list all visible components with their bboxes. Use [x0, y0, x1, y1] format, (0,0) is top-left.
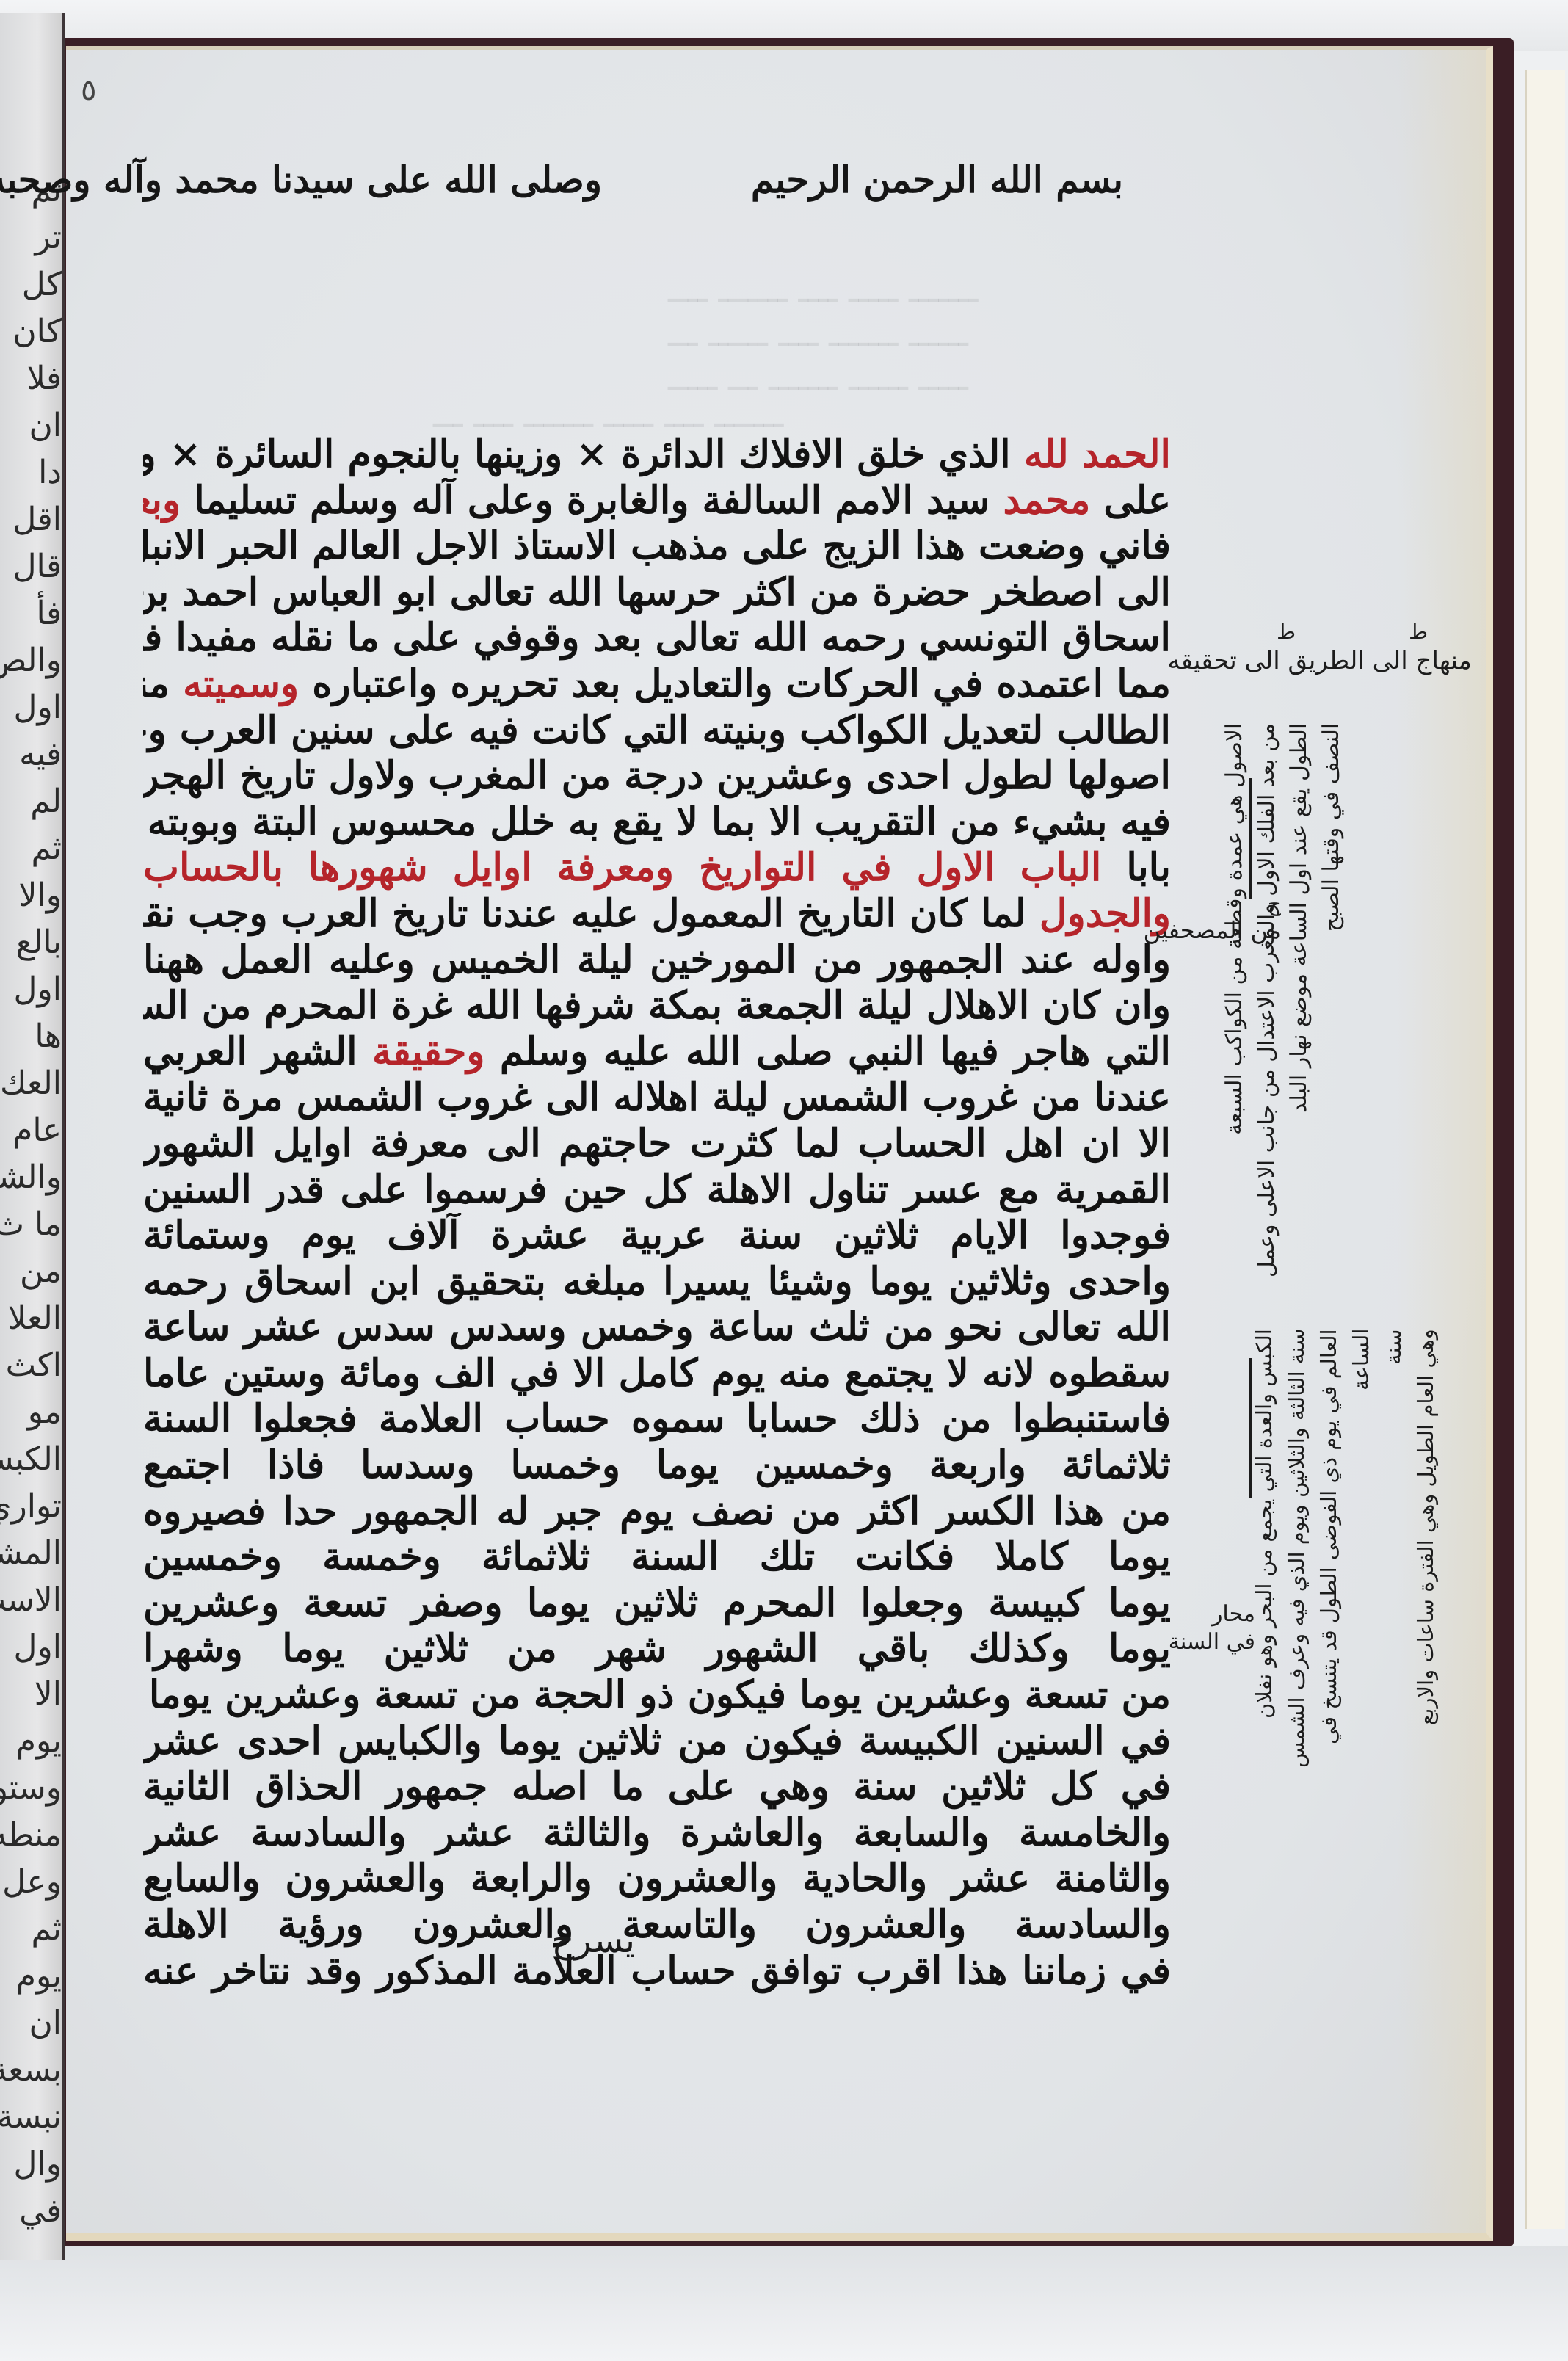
- text-line: القمرية مع عسر تناول الاهلة كل حين فرسمو…: [143, 1167, 1171, 1214]
- facing-page-line: وستو: [0, 1765, 62, 1812]
- line-text: في زماننا هذا اقرب توافق حساب العلامة ال…: [143, 1948, 1171, 1993]
- photo-background-bottom: [0, 2246, 1568, 2361]
- rubric-word: وحقيقة: [372, 1029, 484, 1074]
- line-text: سيد الامم السالفة والغابرة وعلى آله وسلم…: [181, 478, 1003, 523]
- text-line: فيه بشيء من التقريب الا بما لا يقع به خل…: [143, 799, 1171, 846]
- text-line: بابا الباب الاول في التواريخ ومعرفة اواي…: [143, 845, 1171, 891]
- line-text: لما كان التاريخ المعمول عليه عندنا تاريخ…: [143, 891, 1039, 936]
- gloss-text: منهاج الى الطريق الى تحقيقه: [1167, 646, 1472, 675]
- text-line: فاني وضعت هذا الزيج على مذهب الاستاذ الا…: [143, 523, 1171, 570]
- note-line: الاصول هي عمدة وقطعة من الكواكب السبعة: [1219, 723, 1251, 1046]
- endpaper-edge: [1525, 70, 1565, 2229]
- text-line: واوله عند الجمهور من المورخين ليلة الخمي…: [143, 937, 1171, 984]
- basmala: بسم الله الرحمن الرحيم: [778, 158, 1123, 224]
- facing-page-line: كل: [0, 261, 62, 308]
- note-line: الكبس والعدة التي يجمع من البحر وهو نفلا…: [1248, 1329, 1280, 1769]
- facing-page-text: ثمتركلكانفلااندااقلقالفأوالصاولفيهلمثموا…: [0, 167, 62, 2235]
- catchword: يسرح: [554, 1920, 635, 1971]
- line-text: في السنين الكبيسة فيكون من ثلاثين يوما و…: [143, 1719, 1171, 1763]
- line-text: الا ان اهل الحساب لما كثرت حاجتهم الى مع…: [143, 1121, 1171, 1166]
- show-through-text: ـــــــ ــــ ـــــ ـــــــ ــــ ـــ: [433, 395, 783, 435]
- gloss-text: في السنة: [1153, 1628, 1255, 1656]
- show-through-text: ـــــ ــــــ ـــــــ ـــ ـــــ: [668, 358, 968, 398]
- rubric-word: الحمد لله: [1024, 432, 1171, 476]
- line-text: فاستنبطوا من ذلك حسابا سموه حساب العلامة…: [143, 1396, 1171, 1441]
- text-line: التي هاجر فيها النبي صلى الله عليه وسلم …: [143, 1029, 1171, 1076]
- doxology: وصلى الله على سيدنا محمد وآله وصحبه وسلم: [147, 158, 602, 224]
- facing-page-line: اول: [0, 684, 62, 731]
- rubric-word: وبعد: [143, 478, 181, 523]
- facing-page-line: الا: [0, 1671, 62, 1718]
- margin-gloss-sana: محار في السنة: [1153, 1600, 1255, 1656]
- text-line: اصولها لطول احدى وعشرين درجة من المغرب و…: [143, 753, 1171, 799]
- water-stain: [1398, 50, 1486, 2238]
- text-line: في زماننا هذا اقرب توافق حساب العلامة ال…: [143, 1948, 1171, 1995]
- facing-page-line: منطه: [0, 1812, 62, 1859]
- line-text: يوما كاملا فكانت تلك السنة ثلاثمائة وخمس…: [143, 1534, 1171, 1579]
- facing-page-line: المشه: [0, 1530, 62, 1577]
- facing-page-line: ما ث: [0, 1201, 62, 1248]
- note-line: من بعد الفلك الاول والمغرب الاعتدال من ج…: [1251, 723, 1283, 1046]
- facing-page-line: فلا: [0, 355, 62, 402]
- gloss-text: من المصحفين: [1149, 916, 1281, 944]
- text-line: والجدول لما كان التاريخ المعمول عليه عند…: [143, 891, 1171, 937]
- line-text: بابا: [1101, 845, 1171, 890]
- show-through-text: ـــــــ ـــــ ــــ ـــــــ ــــ: [668, 270, 978, 310]
- gloss-mark: ط: [1409, 620, 1428, 644]
- margin-gloss-musahhafin: ح من المصحفين: [1149, 892, 1281, 944]
- text-line: وان كان الاهلال ليلة الجمعة بمكة شرفها ا…: [143, 983, 1171, 1029]
- line-text: التي هاجر فيها النبي صلى الله عليه وسلم: [484, 1029, 1171, 1074]
- text-line: يوما كاملا فكانت تلك السنة ثلاثمائة وخمس…: [143, 1534, 1171, 1581]
- rubric-word: وسميته: [183, 661, 299, 706]
- facing-page-line: يوم: [0, 1718, 62, 1765]
- line-text: مما اعتمده في الحركات والتعاديل بعد تحري…: [299, 661, 1171, 706]
- text-line: فوجدوا الايام ثلاثين سنة عربية عشرة آلاف…: [143, 1213, 1171, 1259]
- show-through-text: ــــــ ـــــــ ــــ ــــــ ـــ: [668, 314, 968, 354]
- gloss-mark: ح: [1149, 892, 1281, 916]
- text-line: على محمد سيد الامم السالفة والغابرة وعلى…: [143, 478, 1171, 524]
- text-line: ثلاثمائة واربعة وخمسين يوما وخمسا وسدسا …: [143, 1443, 1171, 1489]
- text-line: الله تعالى نحو من ثلث ساعة وخمس وسدس سدس…: [143, 1305, 1171, 1351]
- text-line: يوما كبيسة وجعلوا المحرم ثلاثين يوما وصف…: [143, 1581, 1171, 1627]
- text-line: سقطوه لانه لا يجتمع منه يوم كامل الا في …: [143, 1351, 1171, 1397]
- line-text: واحدى وثلاثين يوما وشيئا يسيرا مبلغه بتح…: [143, 1259, 1171, 1304]
- facing-page-line: اول: [0, 966, 62, 1013]
- note-line: الساعة: [1345, 1329, 1377, 1769]
- text-line: يوما وكذلك باقي الشهور شهر من ثلاثين يوم…: [143, 1626, 1171, 1672]
- facing-page-line: ها: [0, 1013, 62, 1060]
- facing-page-line: بالع: [0, 919, 62, 966]
- rubric-word: الباب الاول في التواريخ ومعرفة اوايل شهو…: [143, 845, 1101, 890]
- facing-page-line: العك: [0, 1060, 62, 1107]
- facing-page-line: نبسة: [0, 2094, 62, 2141]
- line-text: عندنا من غروب الشمس ليلة اهلاله الى غروب…: [143, 1075, 1171, 1120]
- line-text: القمرية مع عسر تناول الاهلة كل حين فرسمو…: [143, 1167, 1171, 1212]
- facing-page-line: ثم: [0, 1906, 62, 1953]
- bracket-line: [1249, 1358, 1252, 1498]
- facing-page-line: اقل: [0, 496, 62, 543]
- facing-page-line: ثم: [0, 825, 62, 872]
- facing-page-line: ان: [0, 2000, 62, 2047]
- line-text: سقطوه لانه لا يجتمع منه يوم كامل الا في …: [143, 1351, 1171, 1396]
- facing-page-line: اكث: [0, 1342, 62, 1389]
- text-line: والسادسة والعشرون والتاسعة والعشرون ورؤي…: [143, 1902, 1171, 1948]
- facing-page-line: عام: [0, 1107, 62, 1154]
- line-text: الى اصطخر حضرة من اكثر حرسها الله تعالى …: [143, 570, 1171, 614]
- line-text: يوما كبيسة وجعلوا المحرم ثلاثين يوما وصف…: [143, 1581, 1171, 1625]
- bracket-line: [1249, 778, 1252, 899]
- facing-page-line: والص: [0, 637, 62, 684]
- line-text: من تسعة وعشرين يوما فيكون ذو الحجة من تس…: [143, 1672, 1171, 1717]
- line-text: والسادسة والعشرون والتاسعة والعشرون ورؤي…: [143, 1902, 1171, 1947]
- facing-page-line: كان: [0, 308, 62, 355]
- note-line: العالم في يوم ذي الفوضى الطول قد يتنسخ ف…: [1313, 1329, 1345, 1769]
- note-line: الطول يقع عند اول الساعة موضع نهار البلد: [1283, 723, 1315, 1046]
- note-line: سنة الثالثة والثلاثين ويوم الذي فيه وعرف…: [1280, 1329, 1313, 1769]
- line-text: اصولها لطول احدى وعشرين درجة من المغرب و…: [143, 753, 1171, 798]
- text-line: والثامنة عشر والحادية والعشرون والرابعة …: [143, 1856, 1171, 1902]
- text-line: مما اعتمده في الحركات والتعاديل بعد تحري…: [143, 661, 1171, 708]
- facing-page-line: فأ: [0, 590, 62, 637]
- facing-page-line: قال: [0, 543, 62, 590]
- line-text: وان كان الاهلال ليلة الجمعة بمكة شرفها ا…: [143, 983, 1171, 1028]
- line-text: الذي خلق الافلاك الدائرة × وزينها بالنجو…: [143, 432, 1024, 476]
- text-line: من تسعة وعشرين يوما فيكون ذو الحجة من تس…: [143, 1672, 1171, 1719]
- text-line: الا ان اهل الحساب لما كثرت حاجتهم الى مع…: [143, 1121, 1171, 1167]
- facing-page-line: وعل: [0, 1859, 62, 1906]
- main-text-block: الحمد لله الذي خلق الافلاك الدائرة × وزي…: [143, 432, 1171, 1994]
- line-text: والخامسة والسابعة والعاشرة والثالثة عشر …: [143, 1810, 1171, 1855]
- facing-page-line: الاست: [0, 1577, 62, 1624]
- line-text: من هذا الكسر اكثر من نصف يوم جبر له الجم…: [143, 1489, 1171, 1534]
- text-line: اسحاق التونسي رحمه الله تعالى بعد وقوفي …: [143, 615, 1171, 661]
- facing-page-line: ان: [0, 402, 62, 449]
- line-text: الطالب لتعديل الكواكب وبنيته التي كانت ف…: [143, 708, 1171, 752]
- facing-page-line: لم: [0, 778, 62, 825]
- note-line: سنة: [1377, 1329, 1409, 1769]
- line-text: فوجدوا الايام ثلاثين سنة عربية عشرة آلاف…: [143, 1213, 1171, 1258]
- facing-page-line: الكبس: [0, 1436, 62, 1483]
- note-line: وهي العام الطويل وهي الفترة ساعات والارب…: [1409, 1329, 1442, 1769]
- facing-page-line: دا: [0, 449, 62, 496]
- facing-page-line: فيه: [0, 731, 62, 778]
- note-line: النصف في وقتها الصبح: [1315, 723, 1348, 1046]
- facing-page-left: ثمتركلكانفلااندااقلقالفأوالصاولفيهلمثموا…: [0, 13, 65, 2260]
- line-text: فيه بشيء من التقريب الا بما لا يقع به خل…: [143, 799, 1171, 844]
- facing-page-line: تواري: [0, 1483, 62, 1530]
- line-text: يوما وكذلك باقي الشهور شهر من ثلاثين يوم…: [143, 1626, 1171, 1671]
- text-line: فاستنبطوا من ذلك حسابا سموه حساب العلامة…: [143, 1396, 1171, 1443]
- text-line: من هذا الكسر اكثر من نصف يوم جبر له الجم…: [143, 1489, 1171, 1535]
- text-line: والخامسة والسابعة والعاشرة والثالثة عشر …: [143, 1810, 1171, 1857]
- facing-page-line: والا: [0, 872, 62, 919]
- line-text: في كل ثلاثين سنة وهي على ما اصله جمهور ا…: [143, 1764, 1171, 1809]
- line-text: الله تعالى نحو من ثلث ساعة وخمس وسدس سدس…: [143, 1305, 1171, 1349]
- facing-page-line: وال: [0, 2141, 62, 2188]
- line-text: واوله عند الجمهور من المورخين ليلة الخمي…: [143, 937, 1171, 982]
- gloss-mark: ط: [1277, 620, 1296, 644]
- line-text: الشهر العربي: [143, 1029, 372, 1074]
- text-line: في كل ثلاثين سنة وهي على ما اصله جمهور ا…: [143, 1764, 1171, 1810]
- facing-page-line: العلا: [0, 1295, 62, 1342]
- line-text: على: [1090, 478, 1171, 523]
- line-text: اسحاق التونسي رحمه الله تعالى بعد وقوفي …: [143, 615, 1171, 660]
- facing-page-line: في: [0, 2188, 62, 2235]
- line-text: فاني وضعت هذا الزيج على مذهب الاستاذ الا…: [143, 523, 1171, 568]
- rubric-word: محمد: [1003, 478, 1091, 523]
- text-line: واحدى وثلاثين يوما وشيئا يسيرا مبلغه بتح…: [143, 1259, 1171, 1305]
- facing-page-line: تر: [0, 214, 62, 261]
- facing-page-line: اول: [0, 1624, 62, 1671]
- facing-page-line: يوم: [0, 1953, 62, 2000]
- margin-note-vertical-lower: الكبس والعدة التي يجمع من البحر وهو نفلا…: [1248, 1329, 1446, 1769]
- text-line: الحمد لله الذي خلق الافلاك الدائرة × وزي…: [143, 432, 1171, 478]
- gloss-mark: محار: [1153, 1600, 1255, 1628]
- line-text: والثامنة عشر والحادية والعشرون والرابعة …: [143, 1856, 1171, 1901]
- line-text: منهاج: [143, 661, 183, 706]
- margin-gloss-title: ط ط منهاج الى الطريق الى تحقيقه: [1156, 646, 1472, 675]
- text-line: في السنين الكبيسة فيكون من ثلاثين يوما و…: [143, 1719, 1171, 1765]
- margin-note-vertical-upper: الاصول هي عمدة وقطعة من الكواكب السبعةمن…: [1219, 723, 1453, 1046]
- facing-page-line: والشه: [0, 1154, 62, 1201]
- facing-page-line: مو: [0, 1389, 62, 1436]
- text-line: عندنا من غروب الشمس ليلة اهلاله الى غروب…: [143, 1075, 1171, 1121]
- text-line: الى اصطخر حضرة من اكثر حرسها الله تعالى …: [143, 570, 1171, 616]
- facing-page-line: بسعة: [0, 2047, 62, 2094]
- facing-page-line: من: [0, 1248, 62, 1295]
- quire-mark: ٥: [81, 73, 96, 107]
- line-text: ثلاثمائة واربعة وخمسين يوما وخمسا وسدسا …: [143, 1443, 1171, 1487]
- text-line: الطالب لتعديل الكواكب وبنيته التي كانت ف…: [143, 708, 1171, 754]
